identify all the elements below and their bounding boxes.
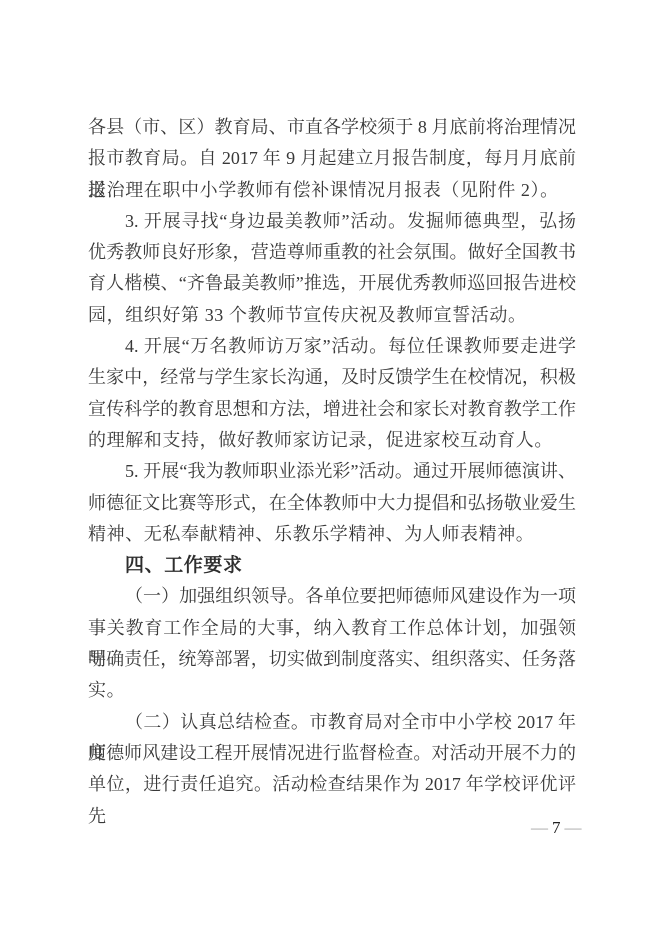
section-heading-work-requirements: 四、工作要求 (88, 550, 576, 581)
list-item-3-line: 3. 开展寻找“身边最美教师”活动。发掘师德典型，弘扬 (88, 206, 576, 237)
document-line: 的理解和支持，做好教师家访记录，促进家校互动育人。 (88, 425, 576, 456)
document-line: 实。 (88, 675, 576, 706)
document-text-block: 各县（市、区）教育局、市直各学校须于 8 月底前将治理情况 报市教育局。自 20… (88, 112, 576, 801)
sub-item-2-line: （二）认真总结检查。市教育局对全市中小学校 2017 年度 (88, 707, 576, 738)
document-line: 师德师风建设工程开展情况进行监督检查。对活动开展不力的 (88, 738, 576, 769)
document-line: 生家中，经常与学生家长沟通，及时反馈学生在校情况，积极 (88, 362, 576, 393)
document-line: 育人楷模、“齐鲁最美教师”推选，开展优秀教师巡回报告进校 (88, 268, 576, 299)
document-page: 各县（市、区）教育局、市直各学校须于 8 月底前将治理情况 报市教育局。自 20… (0, 0, 662, 936)
page-number-dash-right: — (565, 818, 583, 837)
document-line: 送治理在职中小学教师有偿补课情况月报表（见附件 2）。 (88, 175, 576, 206)
document-line: 报市教育局。自 2017 年 9 月起建立月报告制度，每月月底前报 (88, 143, 576, 174)
document-line: 明确责任，统筹部署，切实做到制度落实、组织落实、任务落 (88, 644, 576, 675)
list-item-5-line: 5. 开展“我为教师职业添光彩”活动。通过开展师德演讲、 (88, 456, 576, 487)
page-number-dash-left: — (531, 818, 549, 837)
page-number: —7— (531, 818, 583, 838)
document-line: 宣传科学的教育思想和方法，增进社会和家长对教育教学工作 (88, 394, 576, 425)
document-line: 单位，进行责任追究。活动检查结果作为 2017 年学校评优评先 (88, 769, 576, 800)
document-line: 园，组织好第 33 个教师节宣传庆祝及教师宣誓活动。 (88, 300, 576, 331)
document-line: 优秀教师良好形象，营造尊师重教的社会氛围。做好全国教书 (88, 237, 576, 268)
page-number-value: 7 (549, 818, 565, 837)
document-line: 师德征文比赛等形式，在全体教师中大力提倡和弘扬敬业爱生 (88, 488, 576, 519)
document-line: 各县（市、区）教育局、市直各学校须于 8 月底前将治理情况 (88, 112, 576, 143)
sub-item-1-line: （一）加强组织领导。各单位要把师德师风建设作为一项 (88, 581, 576, 612)
document-line: 事关教育工作全局的大事，纳入教育工作总体计划，加强领导， (88, 613, 576, 644)
document-line: 精神、无私奉献精神、乐教乐学精神、为人师表精神。 (88, 519, 576, 550)
list-item-4-line: 4. 开展“万名教师访万家”活动。每位任课教师要走进学 (88, 331, 576, 362)
